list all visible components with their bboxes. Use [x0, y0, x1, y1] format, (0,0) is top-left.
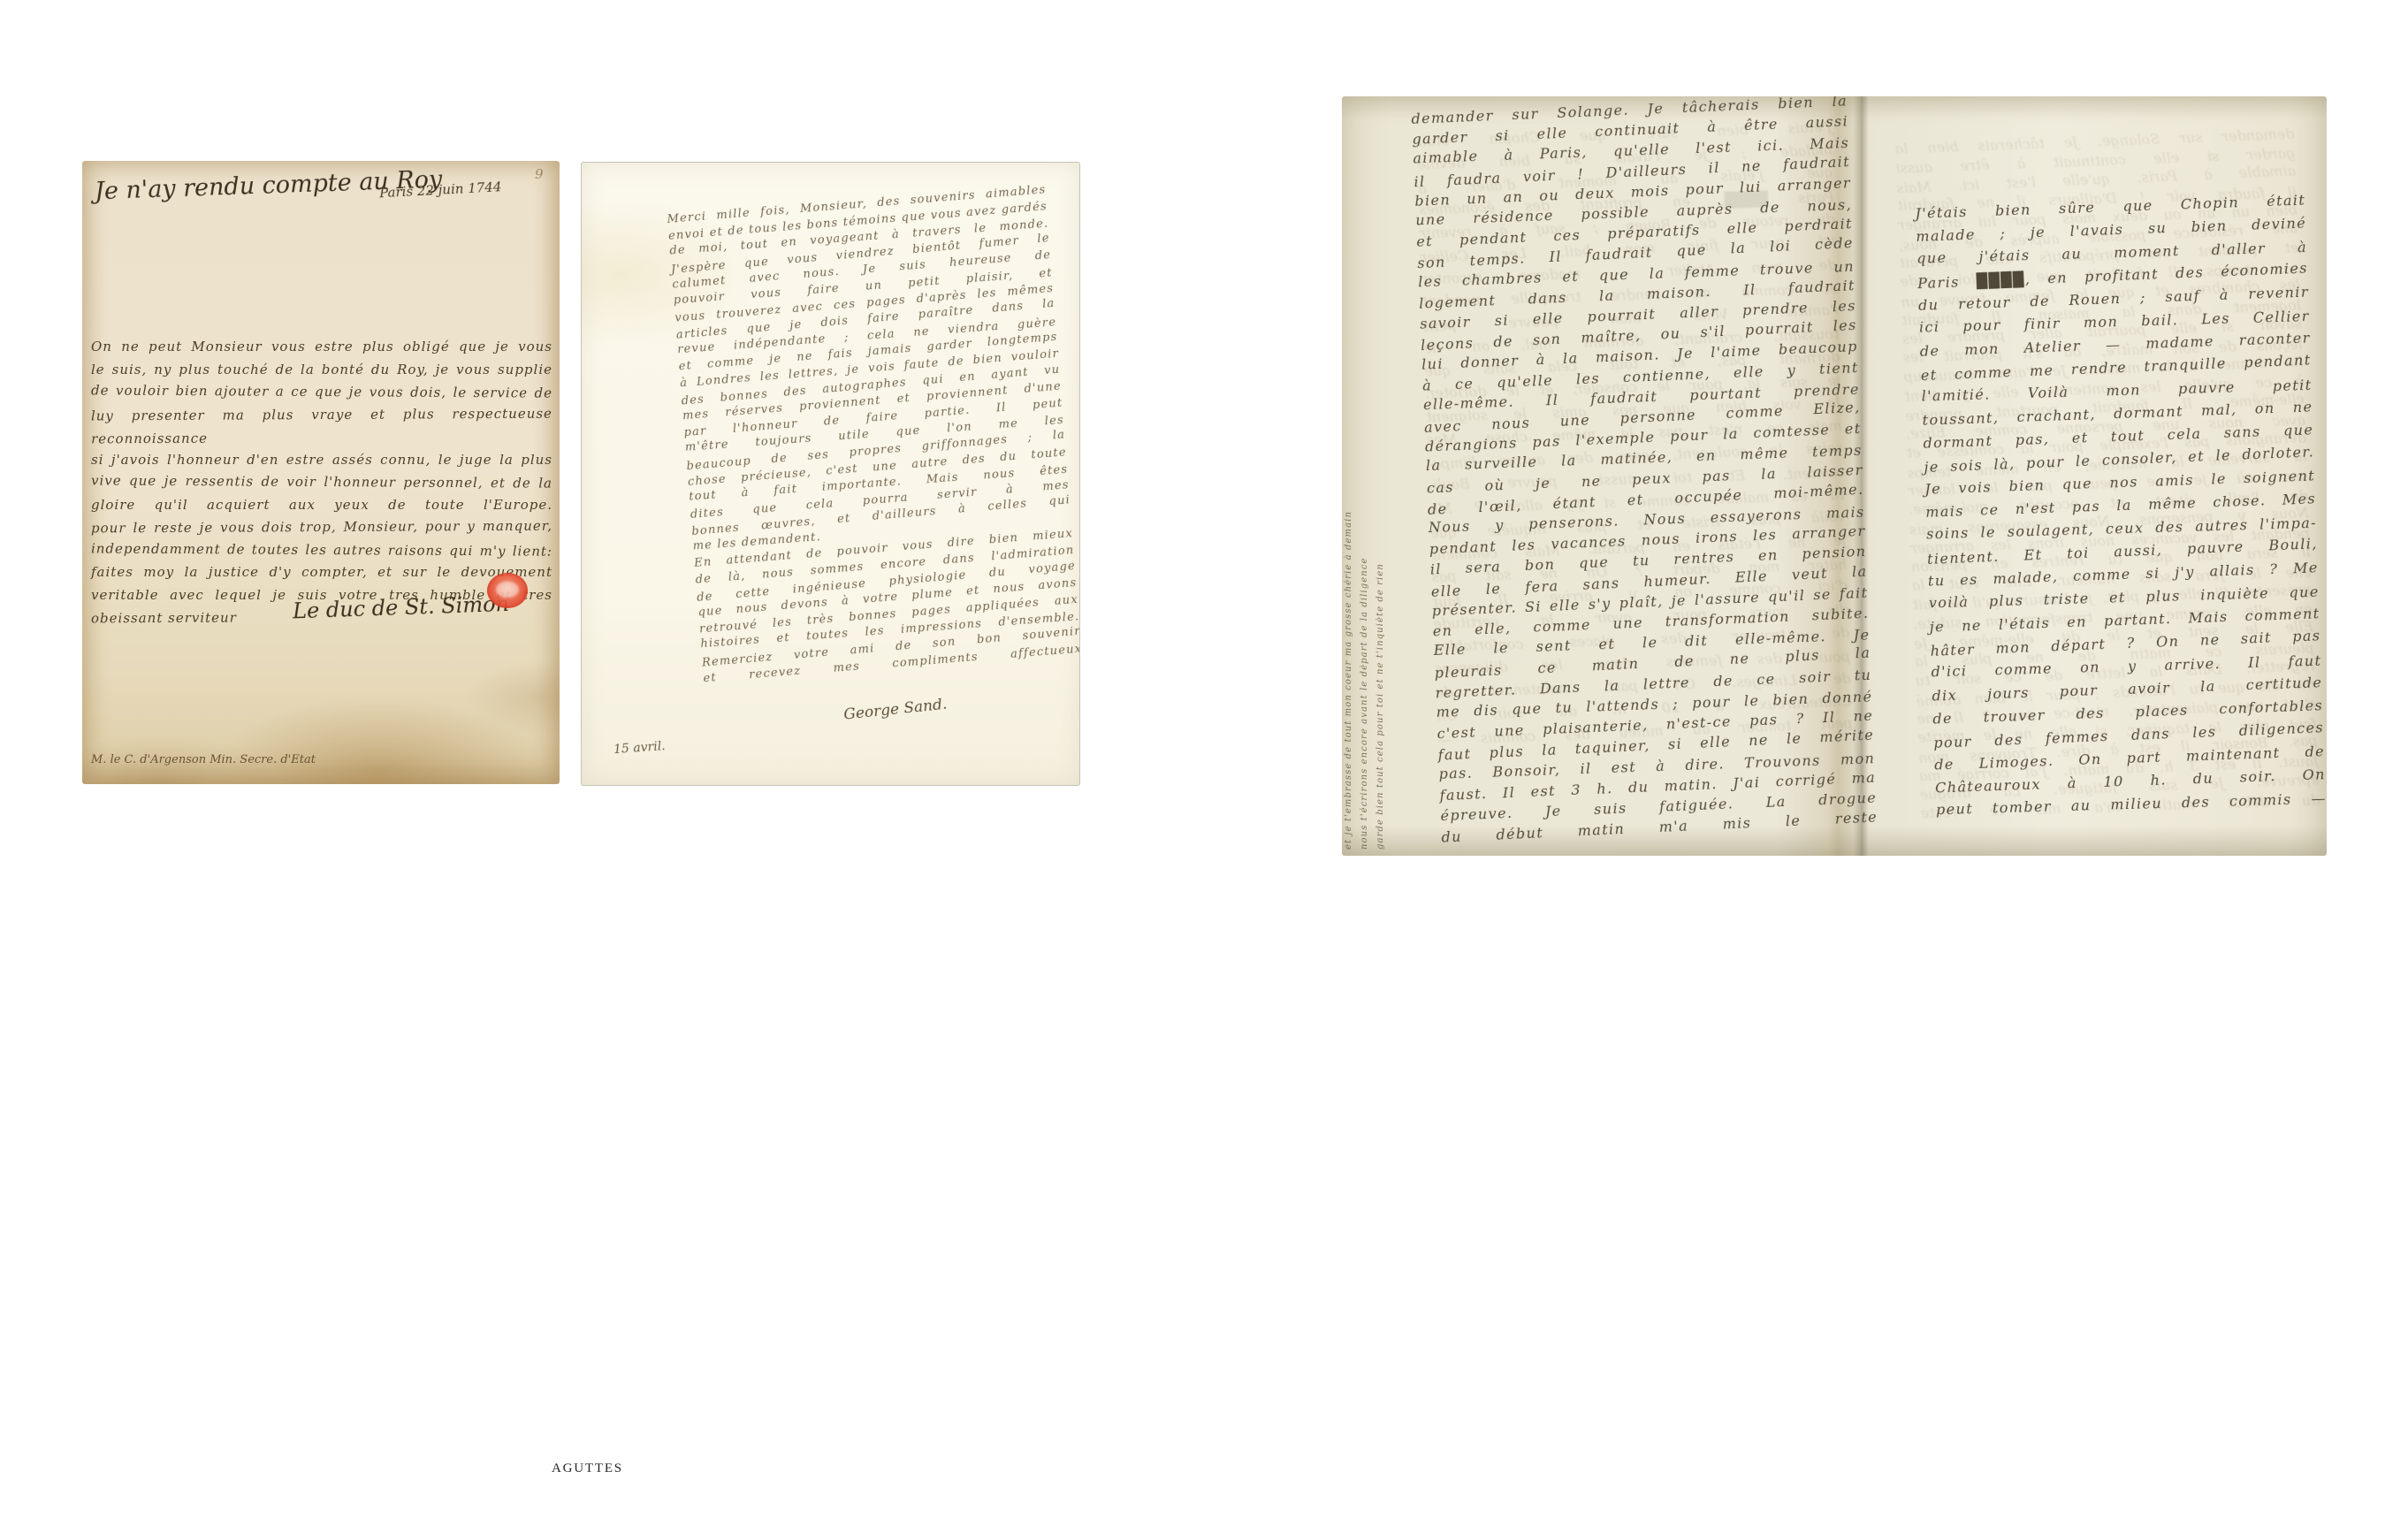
letter-photo-george-sand: Merci mille fois, Monsieur, des souvenir… — [581, 162, 1080, 786]
handwriting-line: independamment de toutes les autres rais… — [91, 537, 552, 563]
left-page-text: demander sur Solange. Je tâcherais bien … — [1411, 96, 1878, 847]
handwriting-line: luy presenter ma plus vraye et plus resp… — [91, 402, 552, 450]
margin-cross-writing: et je t'embrasse de tout mon coeur ma gr… — [1344, 153, 1411, 850]
handwriting-line: et je t'embrasse de tout mon coeur ma gr… — [1344, 153, 1353, 850]
right-page-text: J'étais bien sûre que Chopin étaitmalade… — [1915, 189, 2327, 823]
handwriting-line: On ne peut Monsieur vous estre plus obli… — [91, 336, 552, 359]
signature-george-sand: George Sand. — [842, 690, 994, 724]
letter-body-text: Merci mille fois, Monsieur, des souvenir… — [667, 182, 1080, 687]
handwriting-line: vive que je ressentis de voir l'honneur … — [91, 469, 552, 495]
handwriting-line: le suis, ny plus touché de la bonté du R… — [91, 359, 552, 382]
handwriting-line: gloire qu'il acquiert aux yeux de toute … — [91, 494, 552, 517]
handwriting-line: nous t'écrirons encore avant le départ d… — [1360, 153, 1369, 850]
letter-photo-sand-double-page: J'étais bien sûre que Chopin étaitmalade… — [1342, 96, 2327, 856]
handwriting-line: faites moy la justice d'y compter, et su… — [91, 561, 552, 584]
aguttes-logo: AGUTTES — [552, 1461, 623, 1476]
handwriting-line: de vouloir bien ajouter a ce que je vous… — [91, 379, 552, 405]
letter-photo-saint-simon: Je n'ay rendu compte au Roy Paris 22 jui… — [82, 161, 560, 784]
handwriting-line: si j'avois l'honneur d'en estre assés co… — [91, 449, 552, 472]
handwriting-line: pour le reste je vous dois trop, Monsieu… — [91, 515, 552, 540]
catalog-page: Je n'ay rendu compte au Roy Paris 22 jui… — [0, 0, 2408, 1532]
address-line: M. le C. d'Argenson Min. Secre. d'Etat — [91, 753, 383, 766]
date-note: 15 avril. — [613, 736, 720, 757]
corner-numbering: 9 — [535, 166, 544, 182]
red-collection-stamp-icon — [487, 573, 528, 608]
letter-body-text: On ne peut Monsieur vous estre plus obli… — [91, 336, 552, 629]
handwriting-line: garde bien tout cela pour toi et ne t'in… — [1375, 153, 1385, 850]
